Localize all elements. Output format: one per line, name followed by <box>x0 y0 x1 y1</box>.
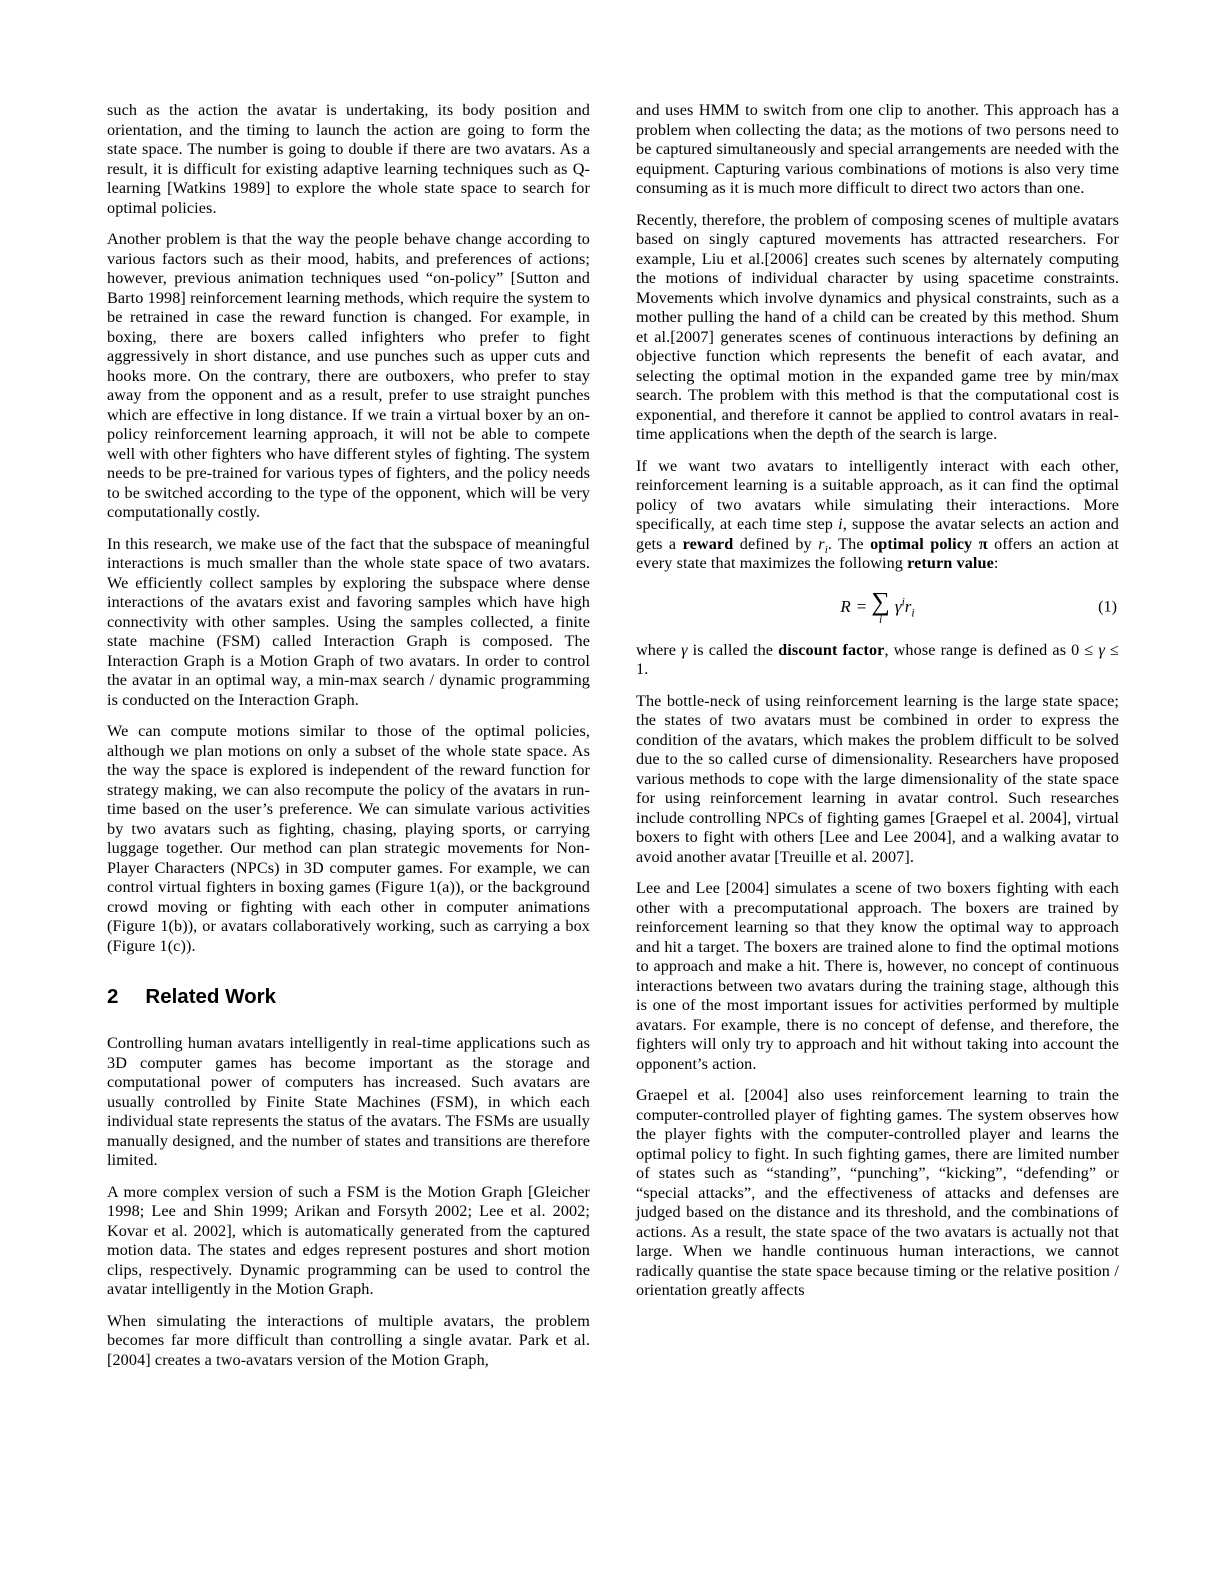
section-title: Related Work <box>145 985 276 1008</box>
text-column-left: such as the action the avatar is underta… <box>107 101 590 1370</box>
text-run: : <box>994 554 999 572</box>
section-heading: 2Related Work <box>107 985 590 1009</box>
equation-number: (1) <box>1098 598 1117 617</box>
text-run: is called the <box>688 641 779 659</box>
paper-page: such as the action the avatar is underta… <box>0 0 1224 1584</box>
equals-sign: = <box>857 597 867 617</box>
sigma-subscript: i <box>879 615 882 626</box>
math-symbol-pi: π <box>979 535 988 553</box>
equation-body: R = ∑ i γiri <box>636 589 1119 626</box>
text-run: . The <box>828 535 870 553</box>
equation-1: R = ∑ i γiri (1) <box>636 589 1119 626</box>
two-column-layout: such as the action the avatar is underta… <box>107 101 1119 1370</box>
math-expression: 0 ≤ <box>1071 641 1098 659</box>
text-column-right: and uses HMM to switch from one clip to … <box>636 101 1119 1370</box>
paragraph: Another problem is that the way the peop… <box>107 230 590 523</box>
text-run: where <box>636 641 681 659</box>
paragraph: A more complex version of such a FSM is … <box>107 1183 590 1300</box>
section-number: 2 <box>107 985 118 1009</box>
paragraph: In this research, we make use of the fac… <box>107 535 590 711</box>
paragraph: Recently, therefore, the problem of comp… <box>636 211 1119 445</box>
paragraph: The bottle-neck of using reinforcement l… <box>636 692 1119 868</box>
bold-term-return-value: return value <box>907 554 994 572</box>
text-run: , whose range is defined as <box>884 641 1071 659</box>
paragraph: If we want two avatars to intelligently … <box>636 457 1119 574</box>
paragraph: Controlling human avatars intelligently … <box>107 1034 590 1171</box>
bold-term-reward: reward <box>683 535 734 553</box>
paragraph: and uses HMM to switch from one clip to … <box>636 101 1119 199</box>
paragraph: Graepel et al. [2004] also uses reinforc… <box>636 1086 1119 1301</box>
gamma-term: γiri <box>895 597 915 617</box>
math-var-R: R <box>840 597 850 617</box>
bold-term-optimal-policy: optimal policy <box>870 535 979 553</box>
text-run: defined by <box>733 535 818 553</box>
summation-symbol: ∑ i <box>871 589 890 626</box>
paragraph: We can compute motions similar to those … <box>107 722 590 956</box>
paragraph: where γ is called the discount factor, w… <box>636 641 1119 680</box>
sigma-glyph: ∑ <box>871 589 890 615</box>
paragraph: Lee and Lee [2004] simulates a scene of … <box>636 879 1119 1074</box>
bold-term-discount-factor: discount factor <box>778 641 884 659</box>
paragraph: such as the action the avatar is underta… <box>107 101 590 218</box>
paragraph: When simulating the interactions of mult… <box>107 1312 590 1371</box>
